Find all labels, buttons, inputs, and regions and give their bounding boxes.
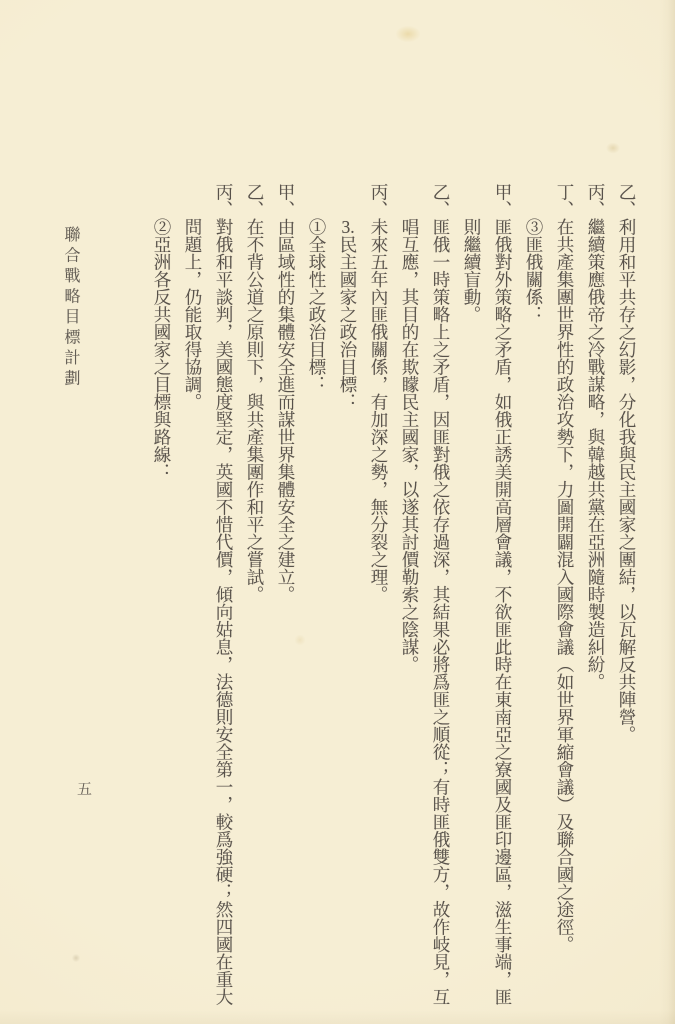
document-body: 乙、利用和平共存之幻影，分化我與民主國家之團結，以瓦解反共陣營。 丙、繼續策應俄…	[146, 218, 642, 1012]
section-heading-3: 3.民主國家之政治目標：	[332, 218, 363, 1012]
list-item-yi-3: 乙、在不背公道之原則下，與共產集團作和平之嘗試。	[239, 218, 270, 1012]
list-item-bing-2: 丙、未來五年內匪俄關係，有加深之勢，無分裂之理。	[363, 218, 394, 1012]
list-item-bing-3: 丙、對俄和平談判，美國態度堅定，英國不惜代價，傾向姑息，法德則安全第一，較爲強硬…	[177, 218, 239, 1012]
list-item-yi-1: 乙、利用和平共存之幻影，分化我與民主國家之團結，以瓦解反共陣營。	[611, 218, 642, 1012]
section-heading-text: 民主國家之政治目標：	[338, 236, 358, 411]
scanned-page: 乙、利用和平共存之幻影，分化我與民主國家之團結，以瓦解反共陣營。 丙、繼續策應俄…	[0, 0, 675, 1024]
list-item-yi-2: 乙、匪俄一時策略上之矛盾，因匪對俄之依存過深，其結果必將爲匪之順從；有時匪俄雙方…	[394, 218, 456, 1012]
list-item-jia-2: 甲、匪俄對外策略之矛盾，如俄正誘美開高層會議，不欲匪此時在東南亞之寮國及匪印邊區…	[456, 218, 518, 1012]
list-item-bing-1: 丙、繼續策應俄帝之冷戰謀略，與韓越共黨在亞洲隨時製造糾紛。	[580, 218, 611, 1012]
list-item-ding-1: 丁、在共產集團世界性的政治攻勢下，力圖開闢混入國際會議（如世界軍縮會議）及聯合國…	[549, 218, 580, 1012]
page-number: 五	[73, 781, 94, 796]
sub-heading-3: ③匪俄關係：	[518, 218, 549, 1012]
sub-heading-1: ①全球性之政治目標：	[301, 218, 332, 1012]
running-title: 聯合戰略目標計劃	[60, 226, 80, 390]
section-number: 3.	[338, 218, 358, 236]
sub-heading-2: ②亞洲各反共國家之目標與路線：	[146, 218, 177, 1012]
list-item-jia-3: 甲、由區域性的集體安全進而謀世界集體安全之建立。	[270, 218, 301, 1012]
